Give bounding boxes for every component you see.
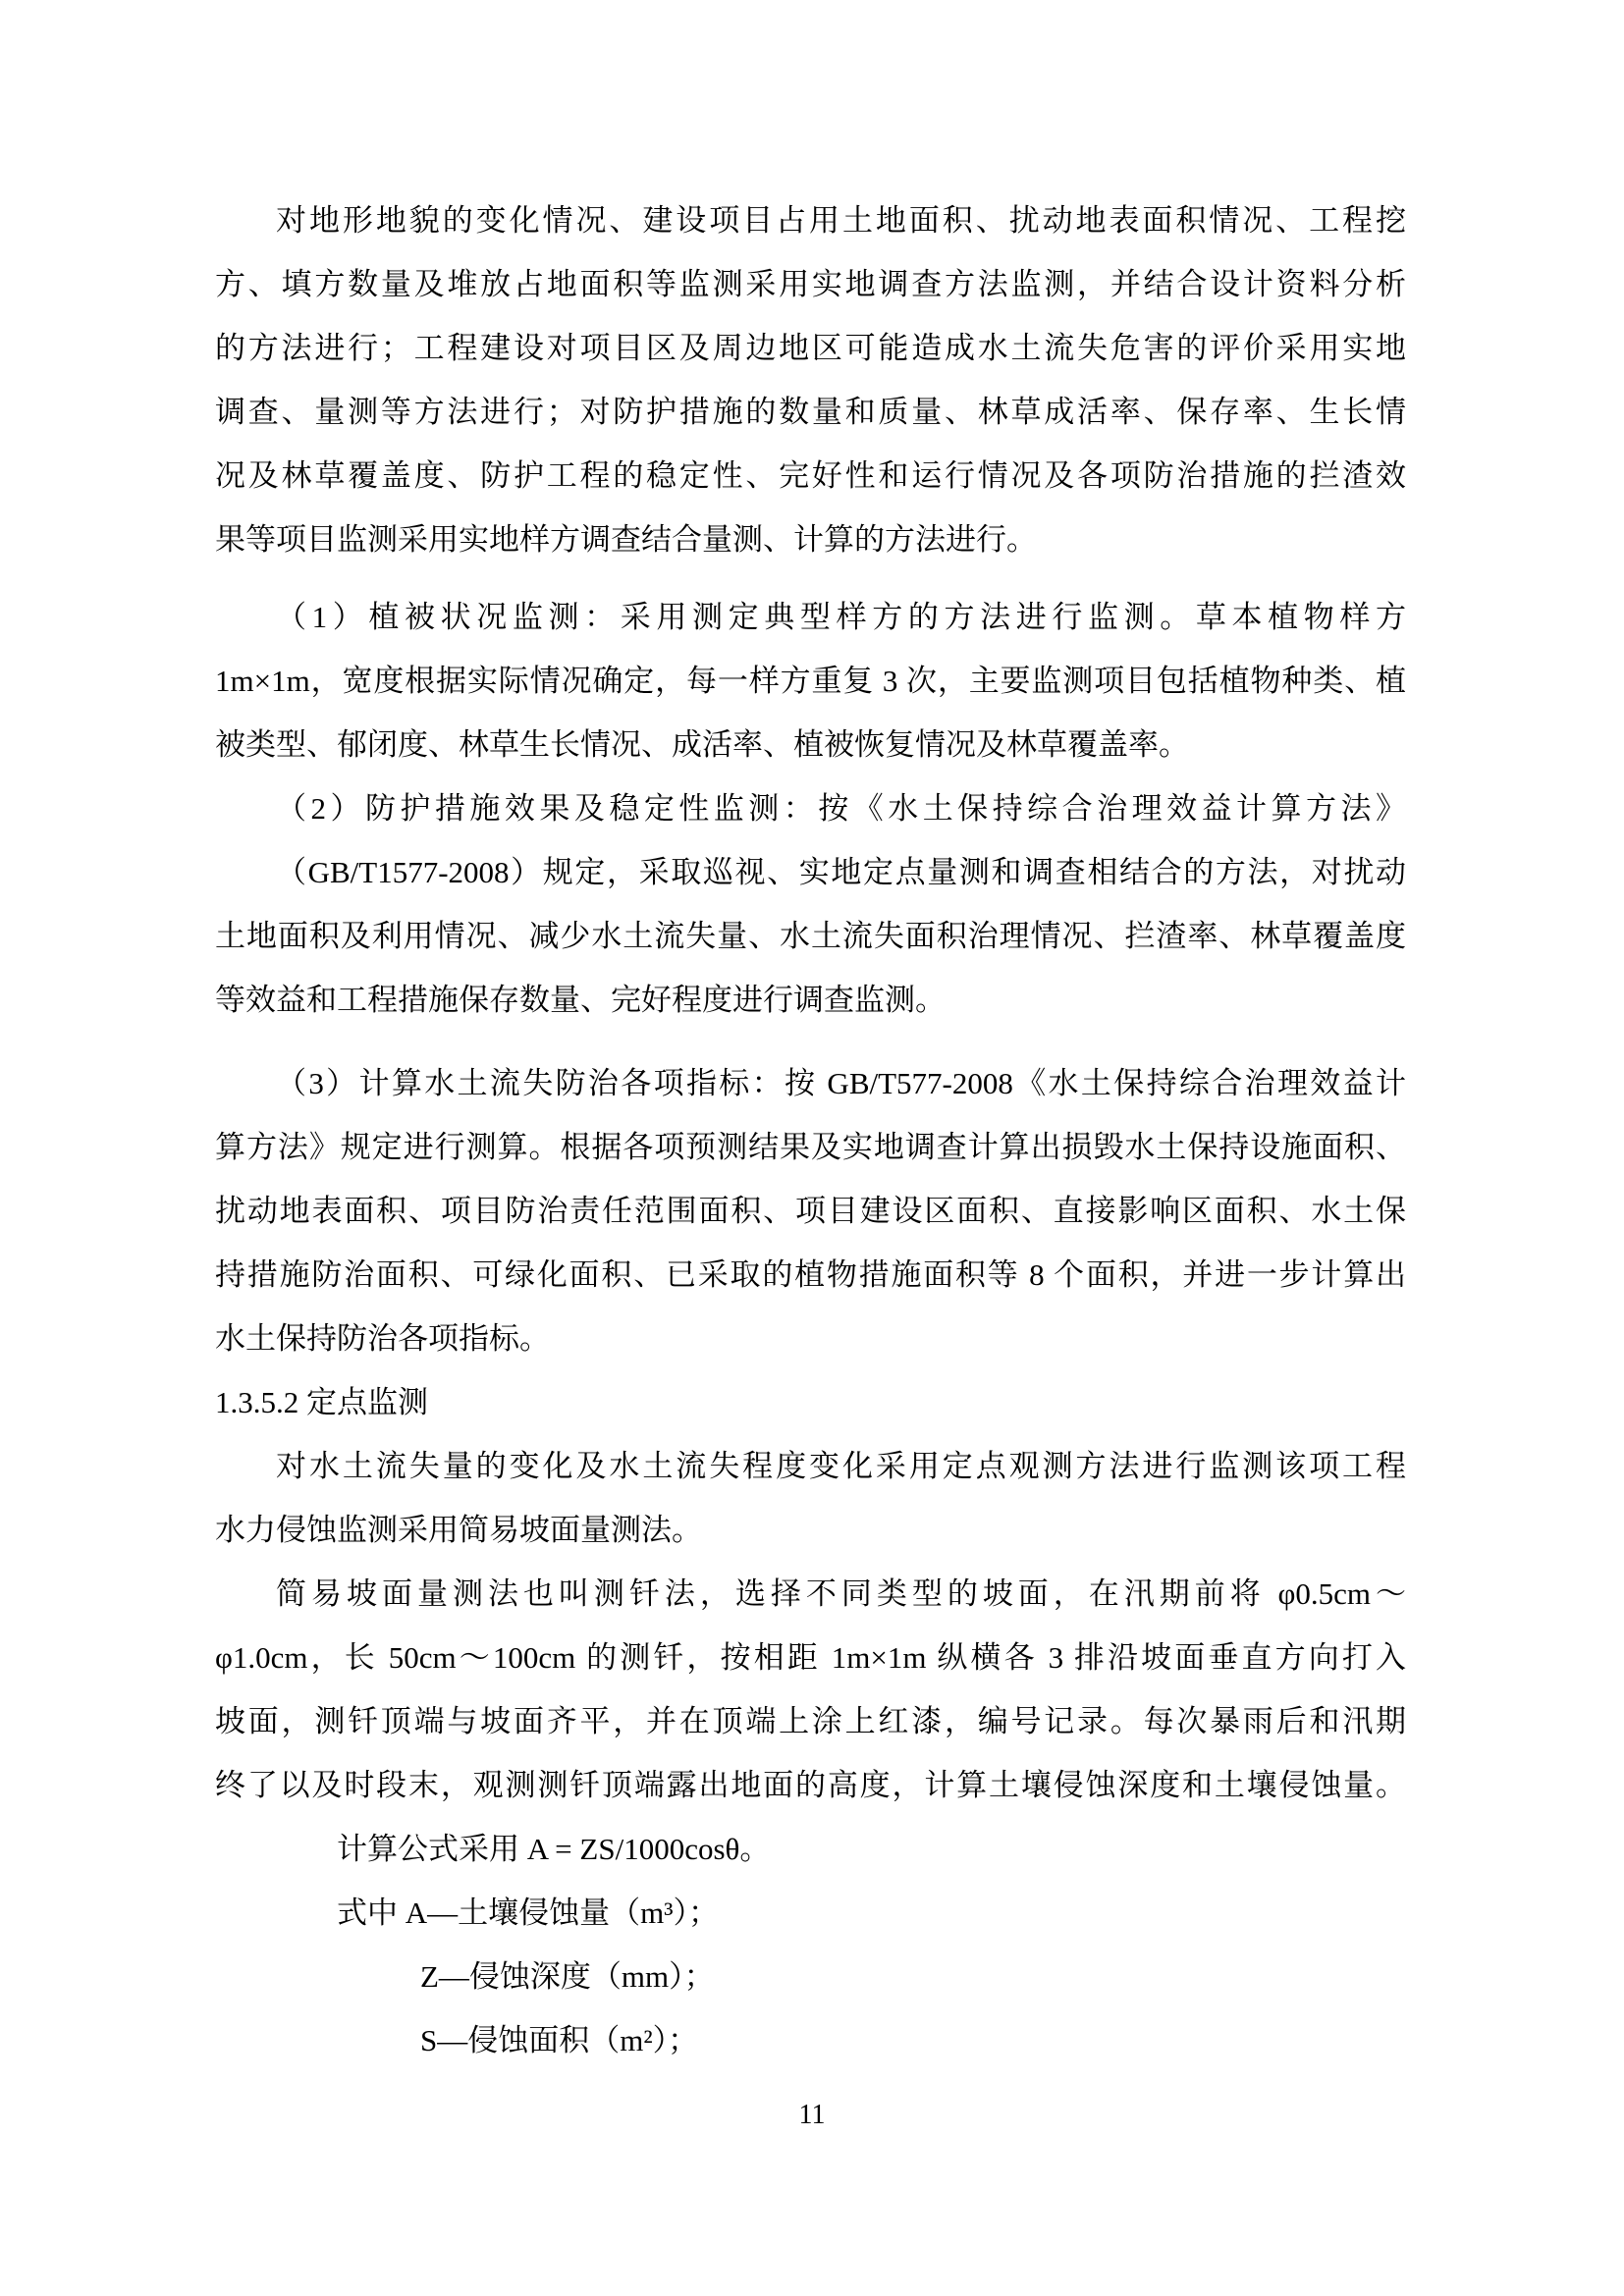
- text-line: 持措施防治面积、可绿化面积、已采取的植物措施面积等 8 个面积，并进一步计算出: [215, 1243, 1406, 1307]
- paragraph-fixed-point-intro: 对水土流失量的变化及水土流失程度变化采用定点观测方法进行监测该项工程 水力侵蚀监…: [215, 1434, 1406, 1562]
- text-line: 水土保持防治各项指标。: [215, 1307, 1406, 1370]
- text-line: 果等项目监测采用实地样方调查结合量测、计算的方法进行。: [215, 507, 1406, 571]
- paragraph-pin-method: 简易坡面量测法也叫测钎法，选择不同类型的坡面，在汛期前将 φ0.5cm～ φ1.…: [215, 1562, 1406, 1817]
- section-heading-1352: 1.3.5.2 定点监测: [215, 1370, 1406, 1434]
- text-line: 终了以及时段末，观测测钎顶端露出地面的高度，计算土壤侵蚀深度和土壤侵蚀量。: [215, 1753, 1406, 1817]
- text-line: 调查、量测等方法进行；对防护措施的数量和质量、林草成活率、保存率、生长情: [215, 380, 1406, 444]
- page-body-text: 对地形地貌的变化情况、建设项目占用土地面积、扰动地表面积情况、工程挖 方、填方数…: [215, 188, 1406, 2072]
- text-line: （1）植被状况监测：采用测定典型样方的方法进行监测。草本植物样方: [215, 585, 1406, 649]
- text-line: （GB/T1577-2008）规定，采取巡视、实地定点量测和调查相结合的方法，对…: [215, 840, 1406, 904]
- text-line: 况及林草覆盖度、防护工程的稳定性、完好性和运行情况及各项防治措施的拦渣效: [215, 444, 1406, 507]
- paragraph-monitoring-methods: 对地形地貌的变化情况、建设项目占用土地面积、扰动地表面积情况、工程挖 方、填方数…: [215, 188, 1406, 571]
- text-line: 坡面，测钎顶端与坡面齐平，并在顶端上涂上红漆，编号记录。每次暴雨后和汛期: [215, 1689, 1406, 1753]
- paragraph-item1-vegetation: （1）植被状况监测：采用测定典型样方的方法进行监测。草本植物样方 1m×1m，宽…: [215, 585, 1406, 776]
- text-line: 土地面积及利用情况、减少水土流失量、水土流失面积治理情况、拦渣率、林草覆盖度: [215, 904, 1406, 968]
- text-line: 方、填方数量及堆放占地面积等监测采用实地调查方法监测，并结合设计资料分析: [215, 252, 1406, 316]
- text-line: φ1.0cm，长 50cm～100cm 的测钎，按相距 1m×1m 纵横各 3 …: [215, 1626, 1406, 1689]
- text-line: 的方法进行；工程建设对项目区及周边地区可能造成水土流失危害的评价采用实地: [215, 316, 1406, 380]
- text-line: 对水土流失量的变化及水土流失程度变化采用定点观测方法进行监测该项工程: [215, 1434, 1406, 1498]
- formula-where-S: S—侵蚀面积（m²）；: [215, 2008, 1406, 2072]
- text-line: 被类型、郁闭度、林草生长情况、成活率、植被恢复情况及林草覆盖率。: [215, 713, 1406, 776]
- text-line: 等效益和工程措施保存数量、完好程度进行调查监测。: [215, 968, 1406, 1032]
- text-line: 扰动地表面积、项目防治责任范围面积、项目建设区面积、直接影响区面积、水土保: [215, 1179, 1406, 1243]
- page-number: 11: [0, 2099, 1624, 2132]
- heading-text: 1.3.5.2 定点监测: [215, 1370, 1406, 1434]
- text-line: 简易坡面量测法也叫测钎法，选择不同类型的坡面，在汛期前将 φ0.5cm～: [215, 1562, 1406, 1626]
- formula-where-A: 式中 A—土壤侵蚀量（m³）；: [215, 1881, 1406, 1945]
- paragraph-item2-protection: （2）防护措施效果及稳定性监测：按《水土保持综合治理效益计算方法》 （GB/T1…: [215, 776, 1406, 1032]
- text-line: 水力侵蚀监测采用简易坡面量测法。: [215, 1498, 1406, 1562]
- text-line: 1m×1m，宽度根据实际情况确定，每一样方重复 3 次，主要监测项目包括植物种类…: [215, 649, 1406, 713]
- formula-block: 计算公式采用 A = ZS/1000cosθ。 式中 A—土壤侵蚀量（m³）； …: [215, 1817, 1406, 2072]
- text-line: （3）计算水土流失防治各项指标：按 GB/T577-2008《水土保持综合治理效…: [215, 1051, 1406, 1115]
- formula-where-Z: Z—侵蚀深度（mm）；: [215, 1945, 1406, 2008]
- text-line: 对地形地貌的变化情况、建设项目占用土地面积、扰动地表面积情况、工程挖: [215, 188, 1406, 252]
- text-line: 算方法》规定进行测算。根据各项预测结果及实地调查计算出损毁水土保持设施面积、: [215, 1115, 1406, 1179]
- paragraph-item3-indicators: （3）计算水土流失防治各项指标：按 GB/T577-2008《水土保持综合治理效…: [215, 1051, 1406, 1370]
- text-line: （2）防护措施效果及稳定性监测：按《水土保持综合治理效益计算方法》: [215, 776, 1406, 840]
- formula-line: 计算公式采用 A = ZS/1000cosθ。: [215, 1817, 1406, 1881]
